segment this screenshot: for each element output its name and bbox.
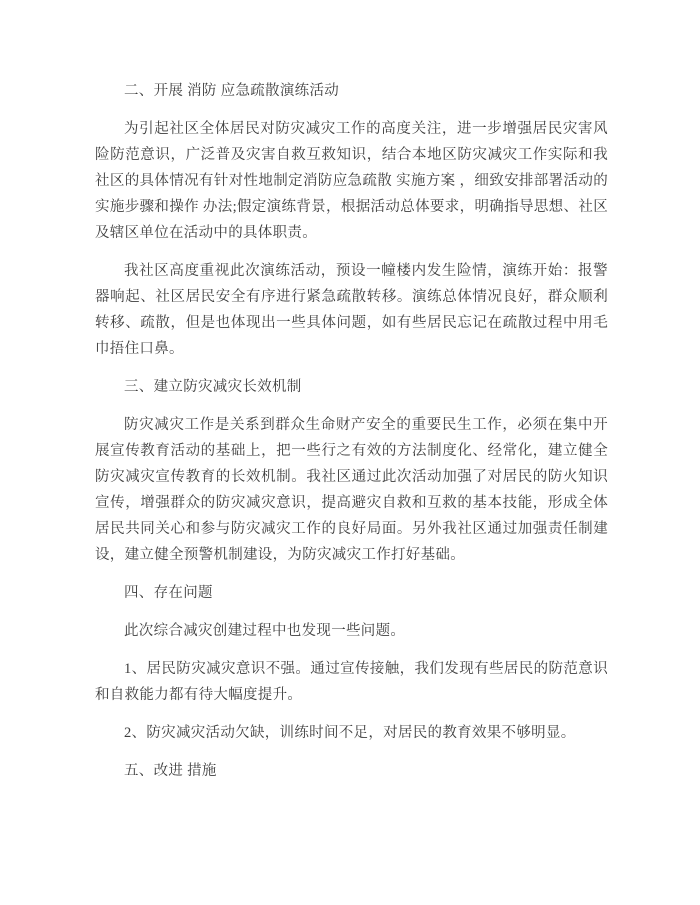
paragraph-problem-1: 1、居民防灾减灾意识不强。通过宣传接触，我们发现有些居民的防范意识和自救能力都有… <box>95 656 608 708</box>
paragraph-drill-result: 我社区高度重视此次演练活动，预设一幢楼内发生险情，演练开始：报警器响起、社区居民… <box>95 258 608 362</box>
section-heading-2: 二、开展 消防 应急疏散演练活动 <box>95 78 608 104</box>
section-heading-4: 四、存在问题 <box>95 580 608 606</box>
paragraph-drill-plan: 为引起社区全体居民对防灾减灾工作的高度关注，进一步增强居民灾害风险防范意识，广泛… <box>95 116 608 246</box>
document-page: 二、开展 消防 应急疏散演练活动 为引起社区全体居民对防灾减灾工作的高度关注，进… <box>0 0 700 905</box>
section-heading-5: 五、改进 措施 <box>95 758 608 784</box>
paragraph-problem-2: 2、防灾减灾活动欠缺，训练时间不足，对居民的教育效果不够明显。 <box>95 720 608 746</box>
paragraph-problems-intro: 此次综合减灾创建过程中也发现一些问题。 <box>95 618 608 644</box>
paragraph-long-term-mechanism: 防灾减灾工作是关系到群众生命财产安全的重要民生工作，必须在集中开展宣传教育活动的… <box>95 412 608 568</box>
section-heading-3: 三、建立防灾减灾长效机制 <box>95 374 608 400</box>
document-body: 二、开展 消防 应急疏散演练活动 为引起社区全体居民对防灾减灾工作的高度关注，进… <box>95 78 608 796</box>
